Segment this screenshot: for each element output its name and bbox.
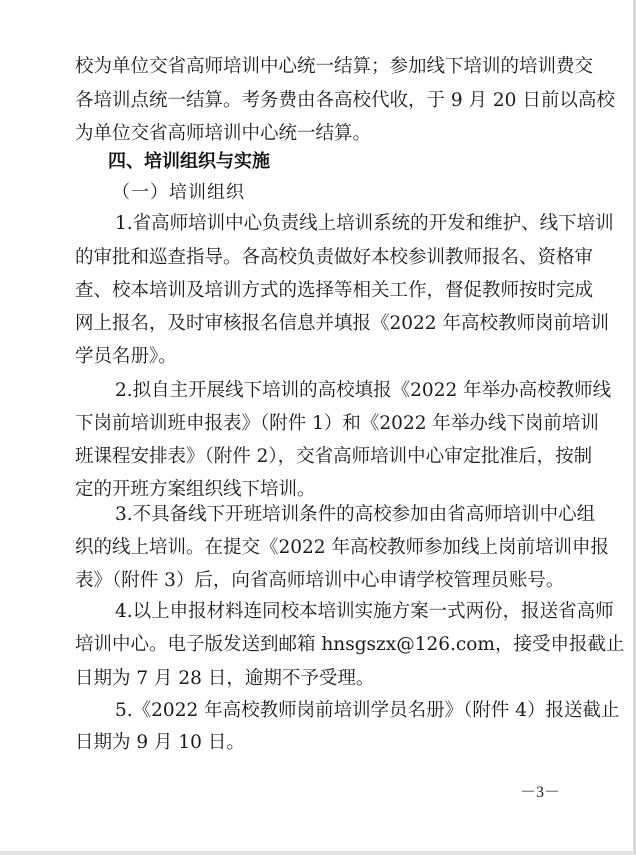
list-item-3-line: 表》（附件 3）后，向省高师培训中心申请学校管理员账号。	[75, 568, 559, 594]
list-item-5-line: 日期为 9 月 10 日。	[75, 730, 559, 756]
paragraph-line: 为单位交省高师培训中心统一结算。	[75, 121, 559, 147]
list-item-2-line: 班课程安排表》（附件 2），交省高师培训中心审定批准后，按制	[75, 444, 559, 470]
list-item-1-line: 的审批和巡查指导。各高校负责做好本校参训教师报名、资格审	[75, 245, 559, 271]
list-item-1-line: 网上报名，及时审核报名信息并填报《2022 年高校教师岗前培训	[75, 311, 559, 337]
list-item-1-line: 学员名册》。	[75, 344, 559, 370]
list-item-1-line: 查、校本培训及培训方式的选择等相关工作，督促教师按时完成	[75, 278, 559, 304]
list-item-2-line: 下岗前培训班申报表》（附件 1）和《2022 年举办线下岗前培训	[75, 411, 559, 437]
subsection-heading: （一）培训组织	[112, 180, 245, 206]
paragraph-line: 各培训点统一结算。考务费由各高校代收，于 9 月 20 日前以高校	[75, 88, 559, 114]
page-number: －3－	[520, 781, 556, 805]
list-item-5-line: 5.《2022 年高校教师岗前培训学员名册》（附件 4）报送截止	[115, 698, 559, 724]
list-item-3-line: 3.不具备线下开班培训条件的高校参加由省高师培训中心组	[115, 502, 559, 528]
list-item-1-line: 1.省高师培训中心负责线上培训系统的开发和维护、线下培训	[115, 211, 559, 237]
document-page: 校为单位交省高师培训中心统一结算；参加线下培训的培训费交 各培训点统一结算。考务…	[0, 0, 636, 855]
list-item-4-line: 日期为 7 月 28 日，逾期不予受理。	[75, 666, 559, 692]
list-item-2-line: 2.拟自主开展线下培训的高校填报《2022 年举办高校教师线	[115, 378, 559, 404]
list-item-3-line: 织的线上培训。在提交《2022 年高校教师参加线上岗前培训申报	[75, 535, 559, 561]
list-item-4-line-with-email: 培训中心。电子版发送到邮箱 hnsgszx@126.com，接受申报截止	[75, 632, 559, 658]
paragraph-line: 校为单位交省高师培训中心统一结算；参加线下培训的培训费交	[75, 54, 559, 80]
list-item-4-line: 4.以上申报材料连同校本培训实施方案一式两份，报送省高师	[115, 599, 559, 625]
list-item-2-line: 定的开班方案组织线下培训。	[75, 477, 559, 503]
section-heading: 四、培训组织与实施	[108, 149, 270, 175]
